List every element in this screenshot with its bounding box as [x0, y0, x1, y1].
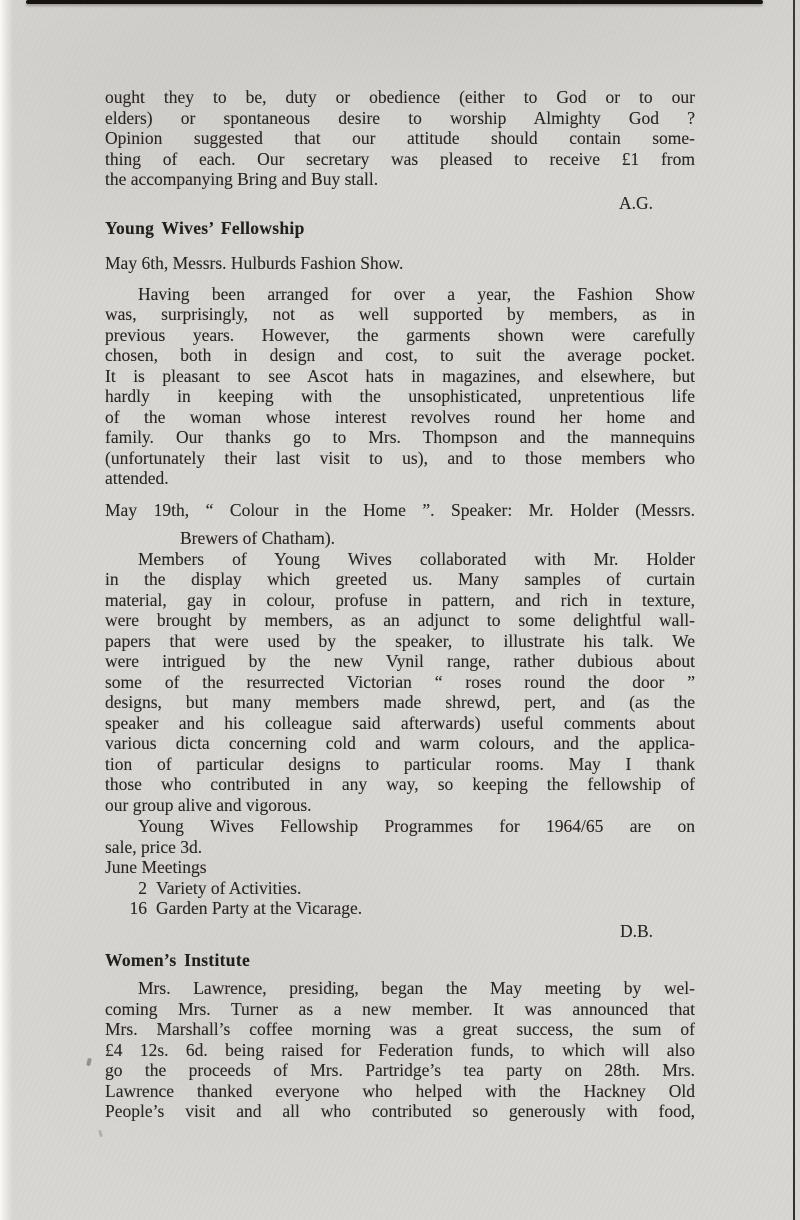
text-line: in the display which greeted us. Many sa… [105, 569, 695, 590]
text-line: various dicta concerning cold and warm c… [105, 733, 695, 754]
text-line: £4 12s. 6d. being raised for Federation … [105, 1040, 695, 1061]
text-line: attended. [105, 468, 695, 489]
list-item-text: Garden Party at the Vicarage. [147, 898, 362, 919]
text-line: designs, but many members made shrewd, p… [105, 692, 695, 713]
list-item-june-2: 2Variety of Activities. [105, 878, 695, 899]
text-line: hardly in keeping with the unsophisticat… [105, 386, 695, 407]
text-line: Mrs. Marshall’s coffee morning was a gre… [105, 1019, 695, 1040]
text-line: (unfortunately their last visit to us), … [105, 448, 695, 469]
paragraph-womens-institute-may-meeting: Mrs. Lawrence, presiding, began the May … [105, 978, 695, 1122]
text-line: papers that were used by the speaker, to… [105, 631, 695, 652]
stray-ink-mark [86, 1058, 92, 1067]
line-june-meetings: June Meetings [105, 857, 695, 878]
paragraph-fashion-show: Having been arranged for over a year, th… [105, 284, 695, 489]
text-line: the accompanying Bring and Buy stall. [105, 169, 695, 190]
line-may-6th-fashion-show: May 6th, Messrs. Hulburds Fashion Show. [105, 253, 695, 274]
text-line: Mrs. Lawrence, presiding, began the May … [105, 978, 695, 999]
text-line: chosen, both in design and cost, to suit… [105, 345, 695, 366]
text-line: Members of Young Wives collaborated with… [105, 549, 695, 570]
text-line: Having been arranged for over a year, th… [105, 284, 695, 305]
text-line: previous years. However, the garments sh… [105, 325, 695, 346]
list-item-number: 16 [105, 898, 147, 919]
text-line: were intrigued by the new Vynil range, r… [105, 651, 695, 672]
signature-db: D.B. [105, 921, 695, 942]
scan-right-edge-line [793, 0, 795, 1220]
text-line: ought they to be, duty or obedience (eit… [105, 87, 695, 108]
scanned-page: ought they to be, duty or obedience (eit… [0, 0, 800, 1220]
scan-top-edge-line [26, 0, 763, 4]
signature-ag: A.G. [105, 193, 695, 214]
text-line: elders) or spontaneous desire to worship… [105, 108, 695, 129]
text-line: some of the resurrected Victorian “ rose… [105, 672, 695, 693]
text-line: Young Wives Fellowship Programmes for 19… [105, 816, 695, 837]
paragraph-colour-talk: Members of Young Wives collaborated with… [105, 549, 695, 816]
text-line: go the proceeds of Mrs. Partridge’s tea … [105, 1060, 695, 1081]
text-line: tion of particular designs to particular… [105, 754, 695, 775]
text-line: Opinion suggested that our attitude shou… [105, 128, 695, 149]
text-line: Lawrence thanked everyone who helped wit… [105, 1081, 695, 1102]
paragraph-worship-duty: ought they to be, duty or obedience (eit… [105, 87, 695, 190]
text-line: were brought by members, as an adjunct t… [105, 610, 695, 631]
scan-left-edge [0, 0, 13, 1220]
line-brewers-of-chatham: Brewers of Chatham). [105, 528, 695, 549]
text-line: thing of each. Our secretary was pleased… [105, 149, 695, 170]
list-item-text: Variety of Activities. [147, 878, 301, 899]
text-line: those who contributed in any way, so kee… [105, 774, 695, 795]
heading-womens-institute: Women’s Institute [105, 950, 695, 971]
page-text-block: ought they to be, duty or obedience (eit… [105, 87, 695, 1122]
text-line: material, gay in colour, profuse in patt… [105, 590, 695, 611]
text-line: was, surprisingly, not as well supported… [105, 304, 695, 325]
heading-young-wives-fellowship: Young Wives’ Fellowship [105, 218, 695, 239]
text-line: sale, price 3d. [105, 837, 695, 858]
text-line: coming Mrs. Turner as a new member. It w… [105, 999, 695, 1020]
text-line: our group alive and vigorous. [105, 795, 695, 816]
stray-ink-mark [98, 1130, 103, 1138]
text-line: speaker and his colleague said afterward… [105, 713, 695, 734]
paragraph-programmes-on-sale: Young Wives Fellowship Programmes for 19… [105, 816, 695, 857]
line-may-19th-colour-in-the-home: May 19th, “ Colour in the Home ”. Speake… [105, 500, 695, 521]
text-line: It is pleasant to see Ascot hats in maga… [105, 366, 695, 387]
list-item-number: 2 [105, 878, 147, 899]
text-line: family. Our thanks go to Mrs. Thompson a… [105, 427, 695, 448]
text-line: of the woman whose interest revolves rou… [105, 407, 695, 428]
list-item-june-16: 16Garden Party at the Vicarage. [105, 898, 695, 919]
text-line: People’s visit and all who contributed s… [105, 1101, 695, 1122]
